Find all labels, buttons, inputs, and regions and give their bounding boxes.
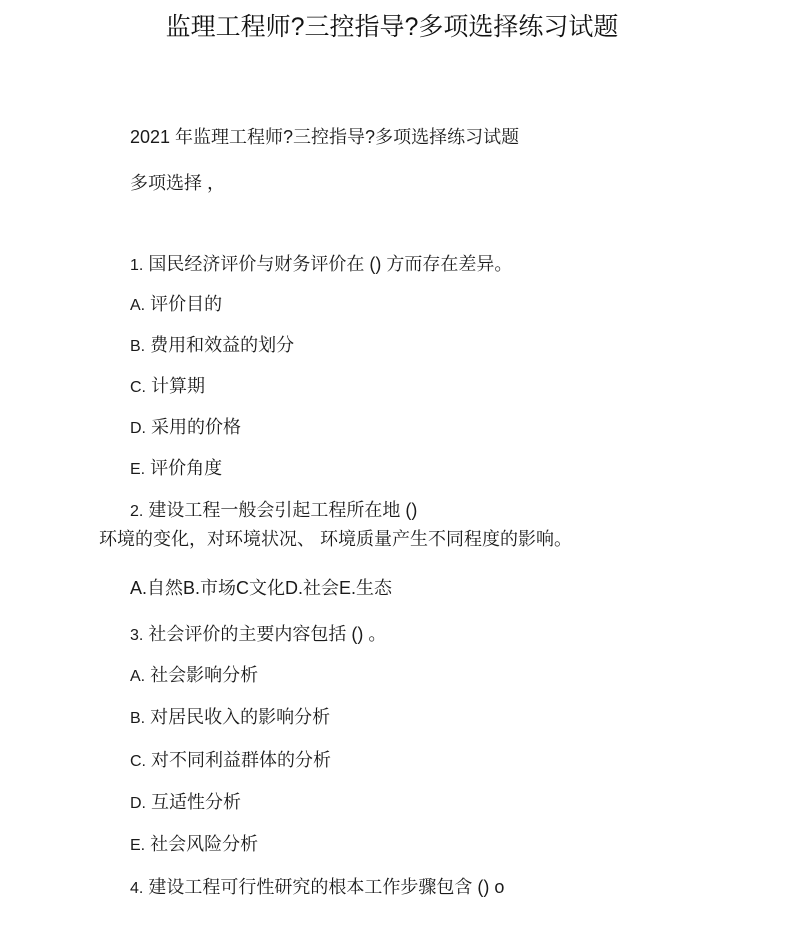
question-3: 3. 社会评价的主要内容包括 () 。	[130, 622, 386, 648]
question-1: 1. 国民经济评价与财务评价在 () 方而存在差异。	[130, 252, 512, 278]
option-key: D.	[130, 795, 146, 812]
option-key: C.	[130, 379, 146, 396]
option-text: 社会影响分析	[145, 665, 258, 685]
option-key: D.	[130, 420, 146, 437]
question-1-option-e: E. 评价角度	[130, 456, 222, 482]
option-text: 费用和效益的划分	[145, 335, 294, 355]
section-label: 多项选择 ，	[130, 171, 225, 195]
option-key: A.	[130, 668, 145, 685]
question-text: 建设工程一般会引起工程所在地 ()	[143, 500, 417, 520]
option-key: E.	[130, 837, 145, 854]
question-1-option-d: D. 采用的价格	[130, 415, 241, 441]
question-4: 4. 建设工程可行性研究的根本工作步骤包含 () o	[130, 875, 504, 901]
document-subtitle: 2021 年监理工程师?三控指导?多项选择练习试题	[130, 125, 519, 149]
question-2: 2. 建设工程一般会引起工程所在地 ()	[130, 498, 417, 524]
option-key: C.	[130, 753, 146, 770]
option-key: A.	[130, 297, 145, 314]
option-text: 评价目的	[145, 294, 222, 314]
option-text: 社会风险分析	[145, 834, 258, 854]
option-text: 采用的价格	[146, 417, 241, 437]
option-key: B.	[130, 710, 145, 727]
question-1-option-c: C. 计算期	[130, 374, 205, 400]
question-number: 3.	[130, 627, 143, 644]
option-key: B.	[130, 338, 145, 355]
question-number: 4.	[130, 880, 143, 897]
question-3-option-a: A. 社会影响分析	[130, 663, 258, 689]
question-text: 社会评价的主要内容包括 () 。	[143, 624, 386, 644]
option-text: 互适性分析	[146, 792, 241, 812]
question-1-option-a: A. 评价目的	[130, 292, 222, 318]
option-text: 计算期	[146, 376, 205, 396]
page-title: 监理工程师?三控指导?多项选择练习试题	[0, 10, 784, 44]
option-text: 对不同利益群体的分析	[146, 750, 331, 770]
question-3-option-d: D. 互适性分析	[130, 790, 241, 816]
question-3-option-e: E. 社会风险分析	[130, 832, 258, 858]
option-text: 对居民收入的影响分析	[145, 707, 330, 727]
question-number: 2.	[130, 503, 143, 520]
question-text: 建设工程可行性研究的根本工作步骤包含 () o	[143, 877, 504, 897]
question-number: 1.	[130, 257, 143, 274]
question-1-option-b: B. 费用和效益的划分	[130, 333, 294, 359]
question-3-option-c: C. 对不同利益群体的分析	[130, 748, 331, 774]
option-key: E.	[130, 461, 145, 478]
option-text: 评价角度	[145, 458, 222, 478]
question-2-continued: 环境的变化，对环境状况、 环境质量产生不同程度的影响。	[99, 527, 572, 551]
question-text: 国民经济评价与财务评价在 () 方而存在差异。	[143, 254, 512, 274]
question-3-option-b: B. 对居民收入的影响分析	[130, 705, 330, 731]
question-2-options: A.自然B.市场C文化D.社会E.生态	[130, 576, 392, 600]
